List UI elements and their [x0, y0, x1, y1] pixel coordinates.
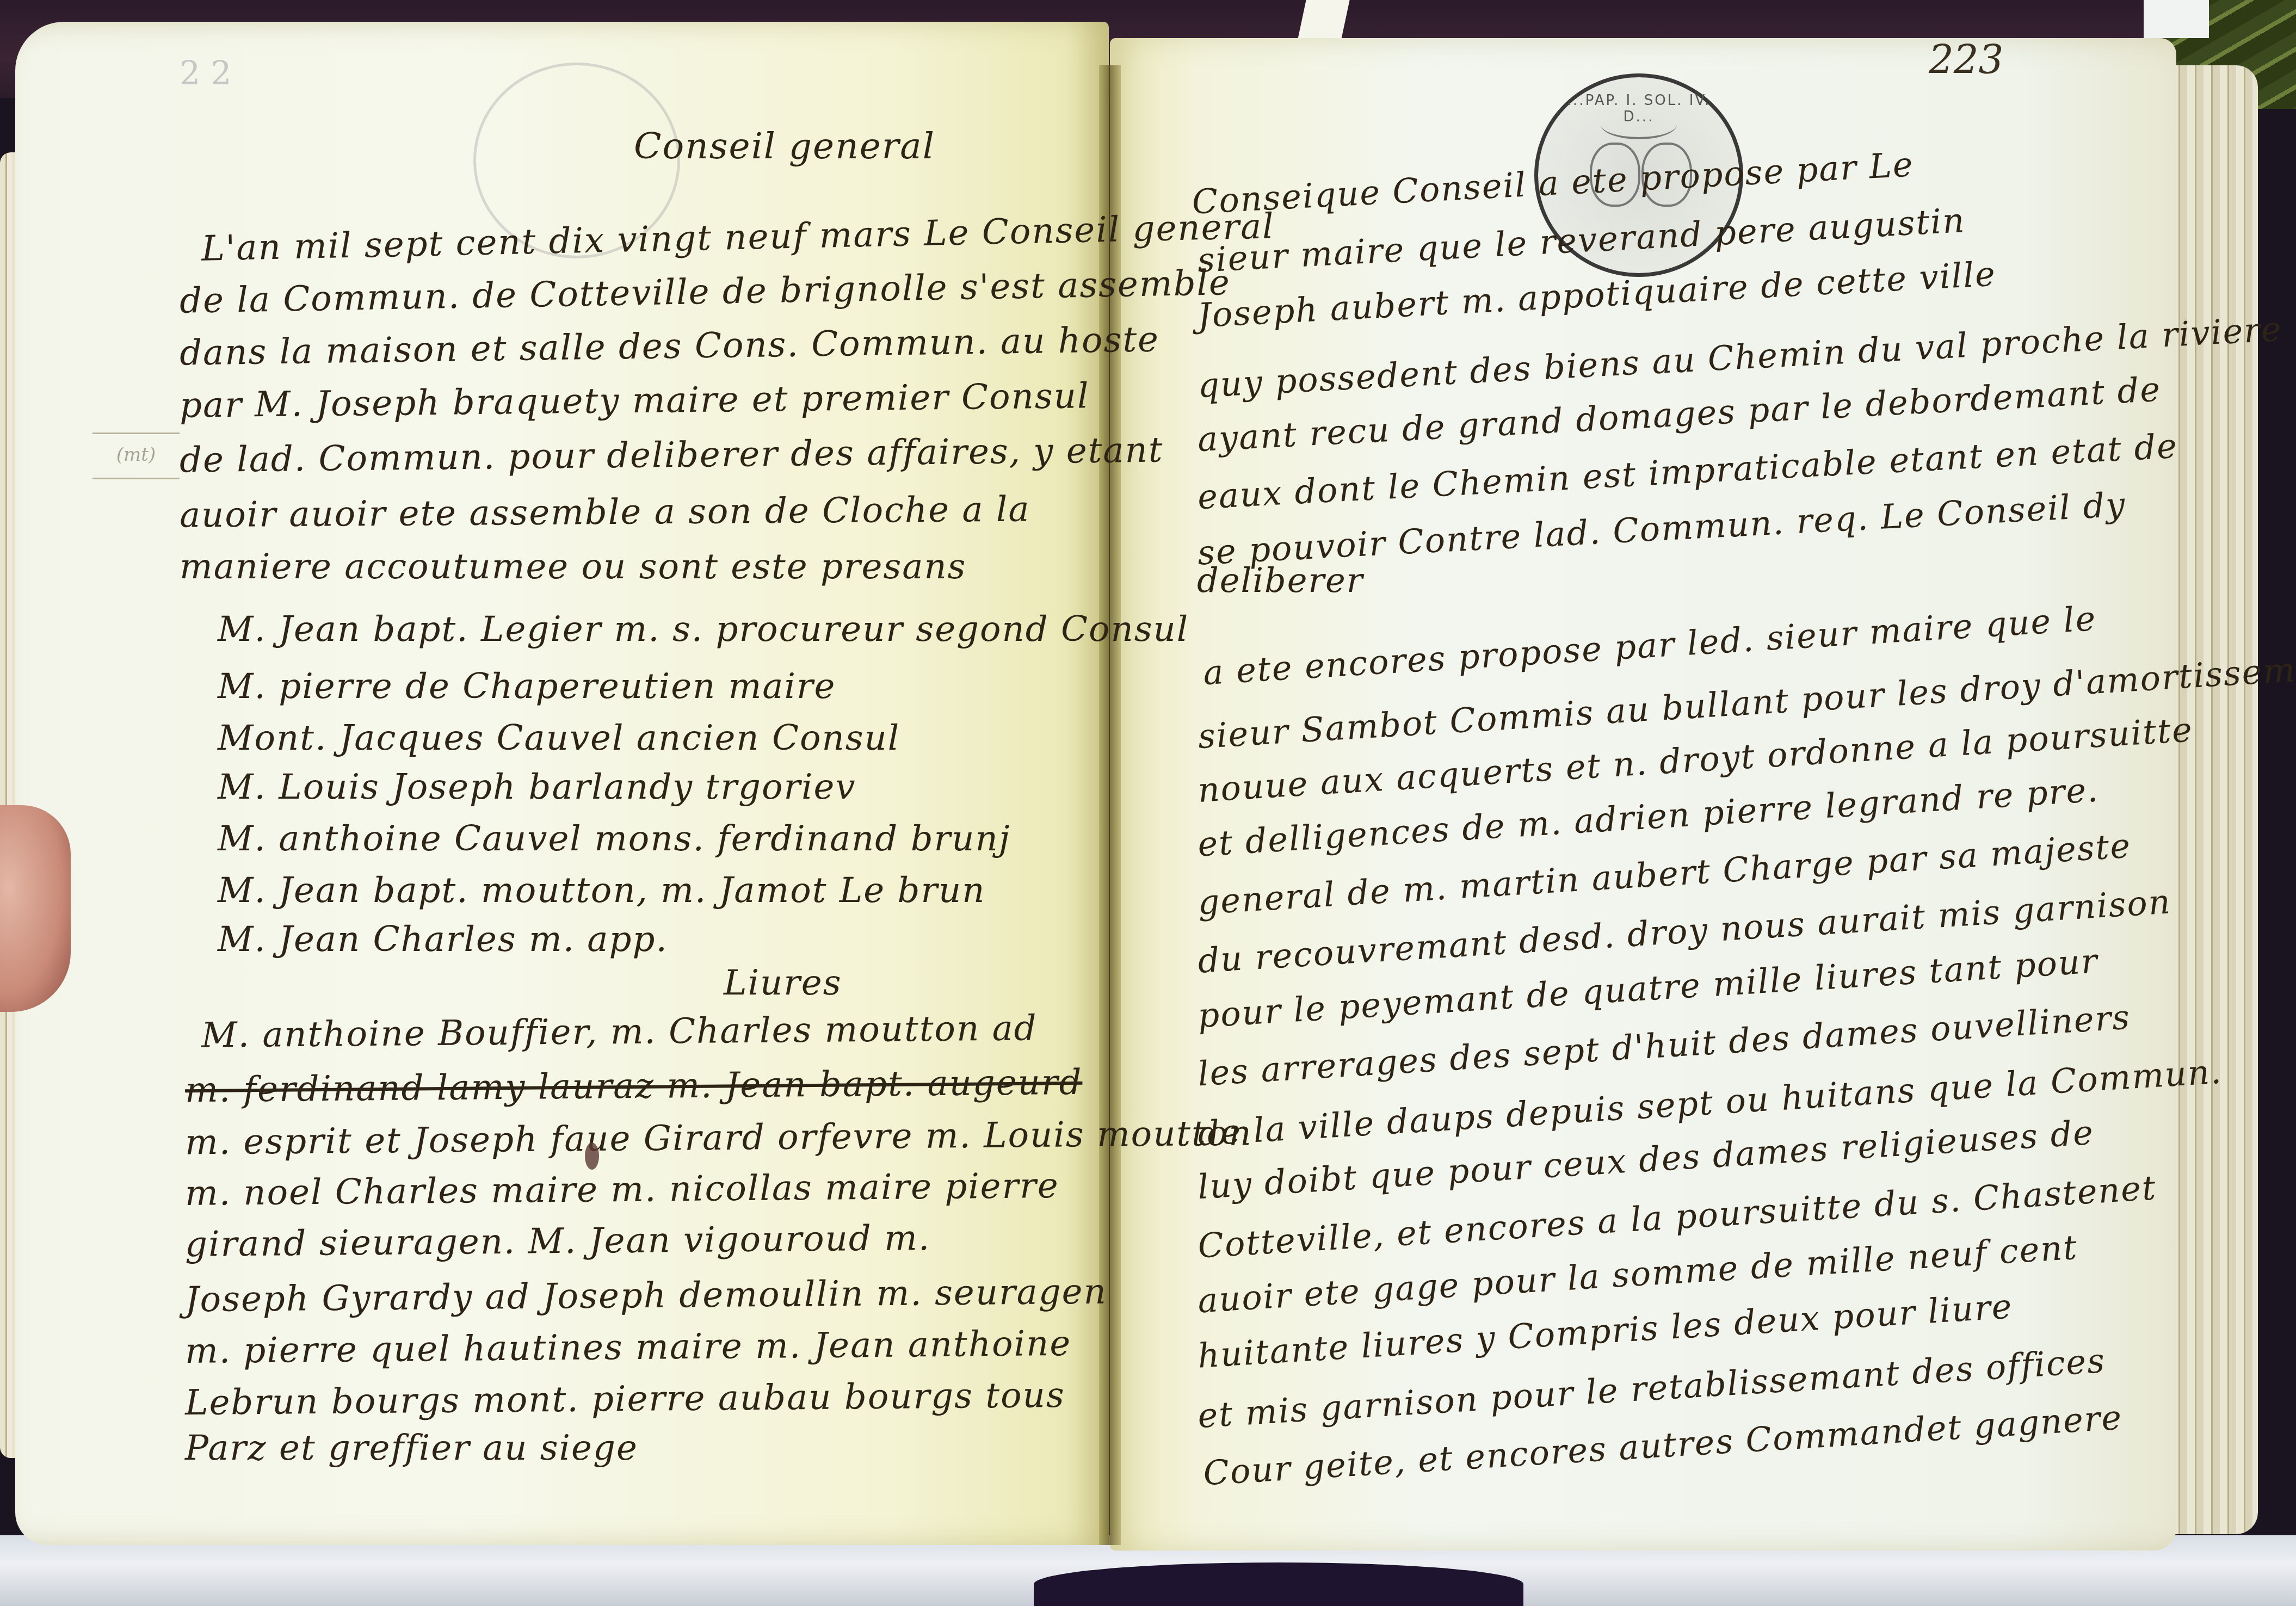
left-line-23: Lebrun bourgs mont. pierre aubau bourgs … — [185, 1375, 1065, 1423]
left-line-17-struck: m. ferdinand lamy lauraz m. Jean bapt. a… — [185, 1063, 1083, 1110]
left-line-13: M. Jean bapt. moutton, m. Jamot Le brun — [218, 870, 985, 911]
right-line-8: deliberer — [1197, 560, 1363, 600]
paper-tab-right — [2144, 0, 2209, 38]
left-line-12: M. anthoine Cauvel mons. ferdinand brunj — [218, 819, 1010, 859]
left-line-10: Mont. Jacques Cauvel ancien Consul — [218, 718, 900, 758]
left-line-7: maniere accoutumee ou sont este presans — [180, 547, 966, 587]
left-line-22: m. pierre quel hautines maire m. Jean an… — [185, 1324, 1072, 1372]
margin-note: (mt) — [92, 433, 180, 479]
left-line-21: Joseph Gyrardy ad Joseph demoullin m. se… — [185, 1272, 1107, 1320]
page-heading: Conseil general — [634, 125, 935, 167]
ink-stain — [585, 1142, 599, 1170]
left-line-6: auoir auoir ete assemble a son de Cloche… — [180, 490, 1030, 536]
seal-crown-icon — [1601, 110, 1677, 139]
left-section-label: Liures — [724, 963, 842, 1003]
background-cloth-dark — [1034, 1562, 1523, 1606]
left-line-19: m. noel Charles maire m. nicollas maire … — [185, 1166, 1059, 1214]
page-number: 223 — [1929, 37, 2003, 83]
photo-scene: 2 2 Conseil general (mt) L'an mil sept c… — [0, 0, 2296, 1606]
left-line-20: girand sieuragen. M. Jean vigouroud m. — [185, 1218, 931, 1265]
left-line-9: M. pierre de Chapereutien maire — [218, 666, 836, 707]
faint-corner-mark: 2 2 — [180, 54, 231, 92]
left-line-16: M. anthoine Bouffier, m. Charles moutton… — [201, 1008, 1038, 1055]
left-line-8: M. Jean bapt. Legier m. s. procureur seg… — [218, 609, 1189, 650]
left-line-24: Parz et greffier au siege — [185, 1428, 638, 1468]
holding-thumb — [0, 805, 71, 1012]
left-line-11: M. Louis Joseph barlandy trgoriev — [218, 767, 856, 807]
left-line-14: M. Jean Charles m. app. — [218, 919, 668, 960]
right-page-edges — [2171, 65, 2258, 1534]
